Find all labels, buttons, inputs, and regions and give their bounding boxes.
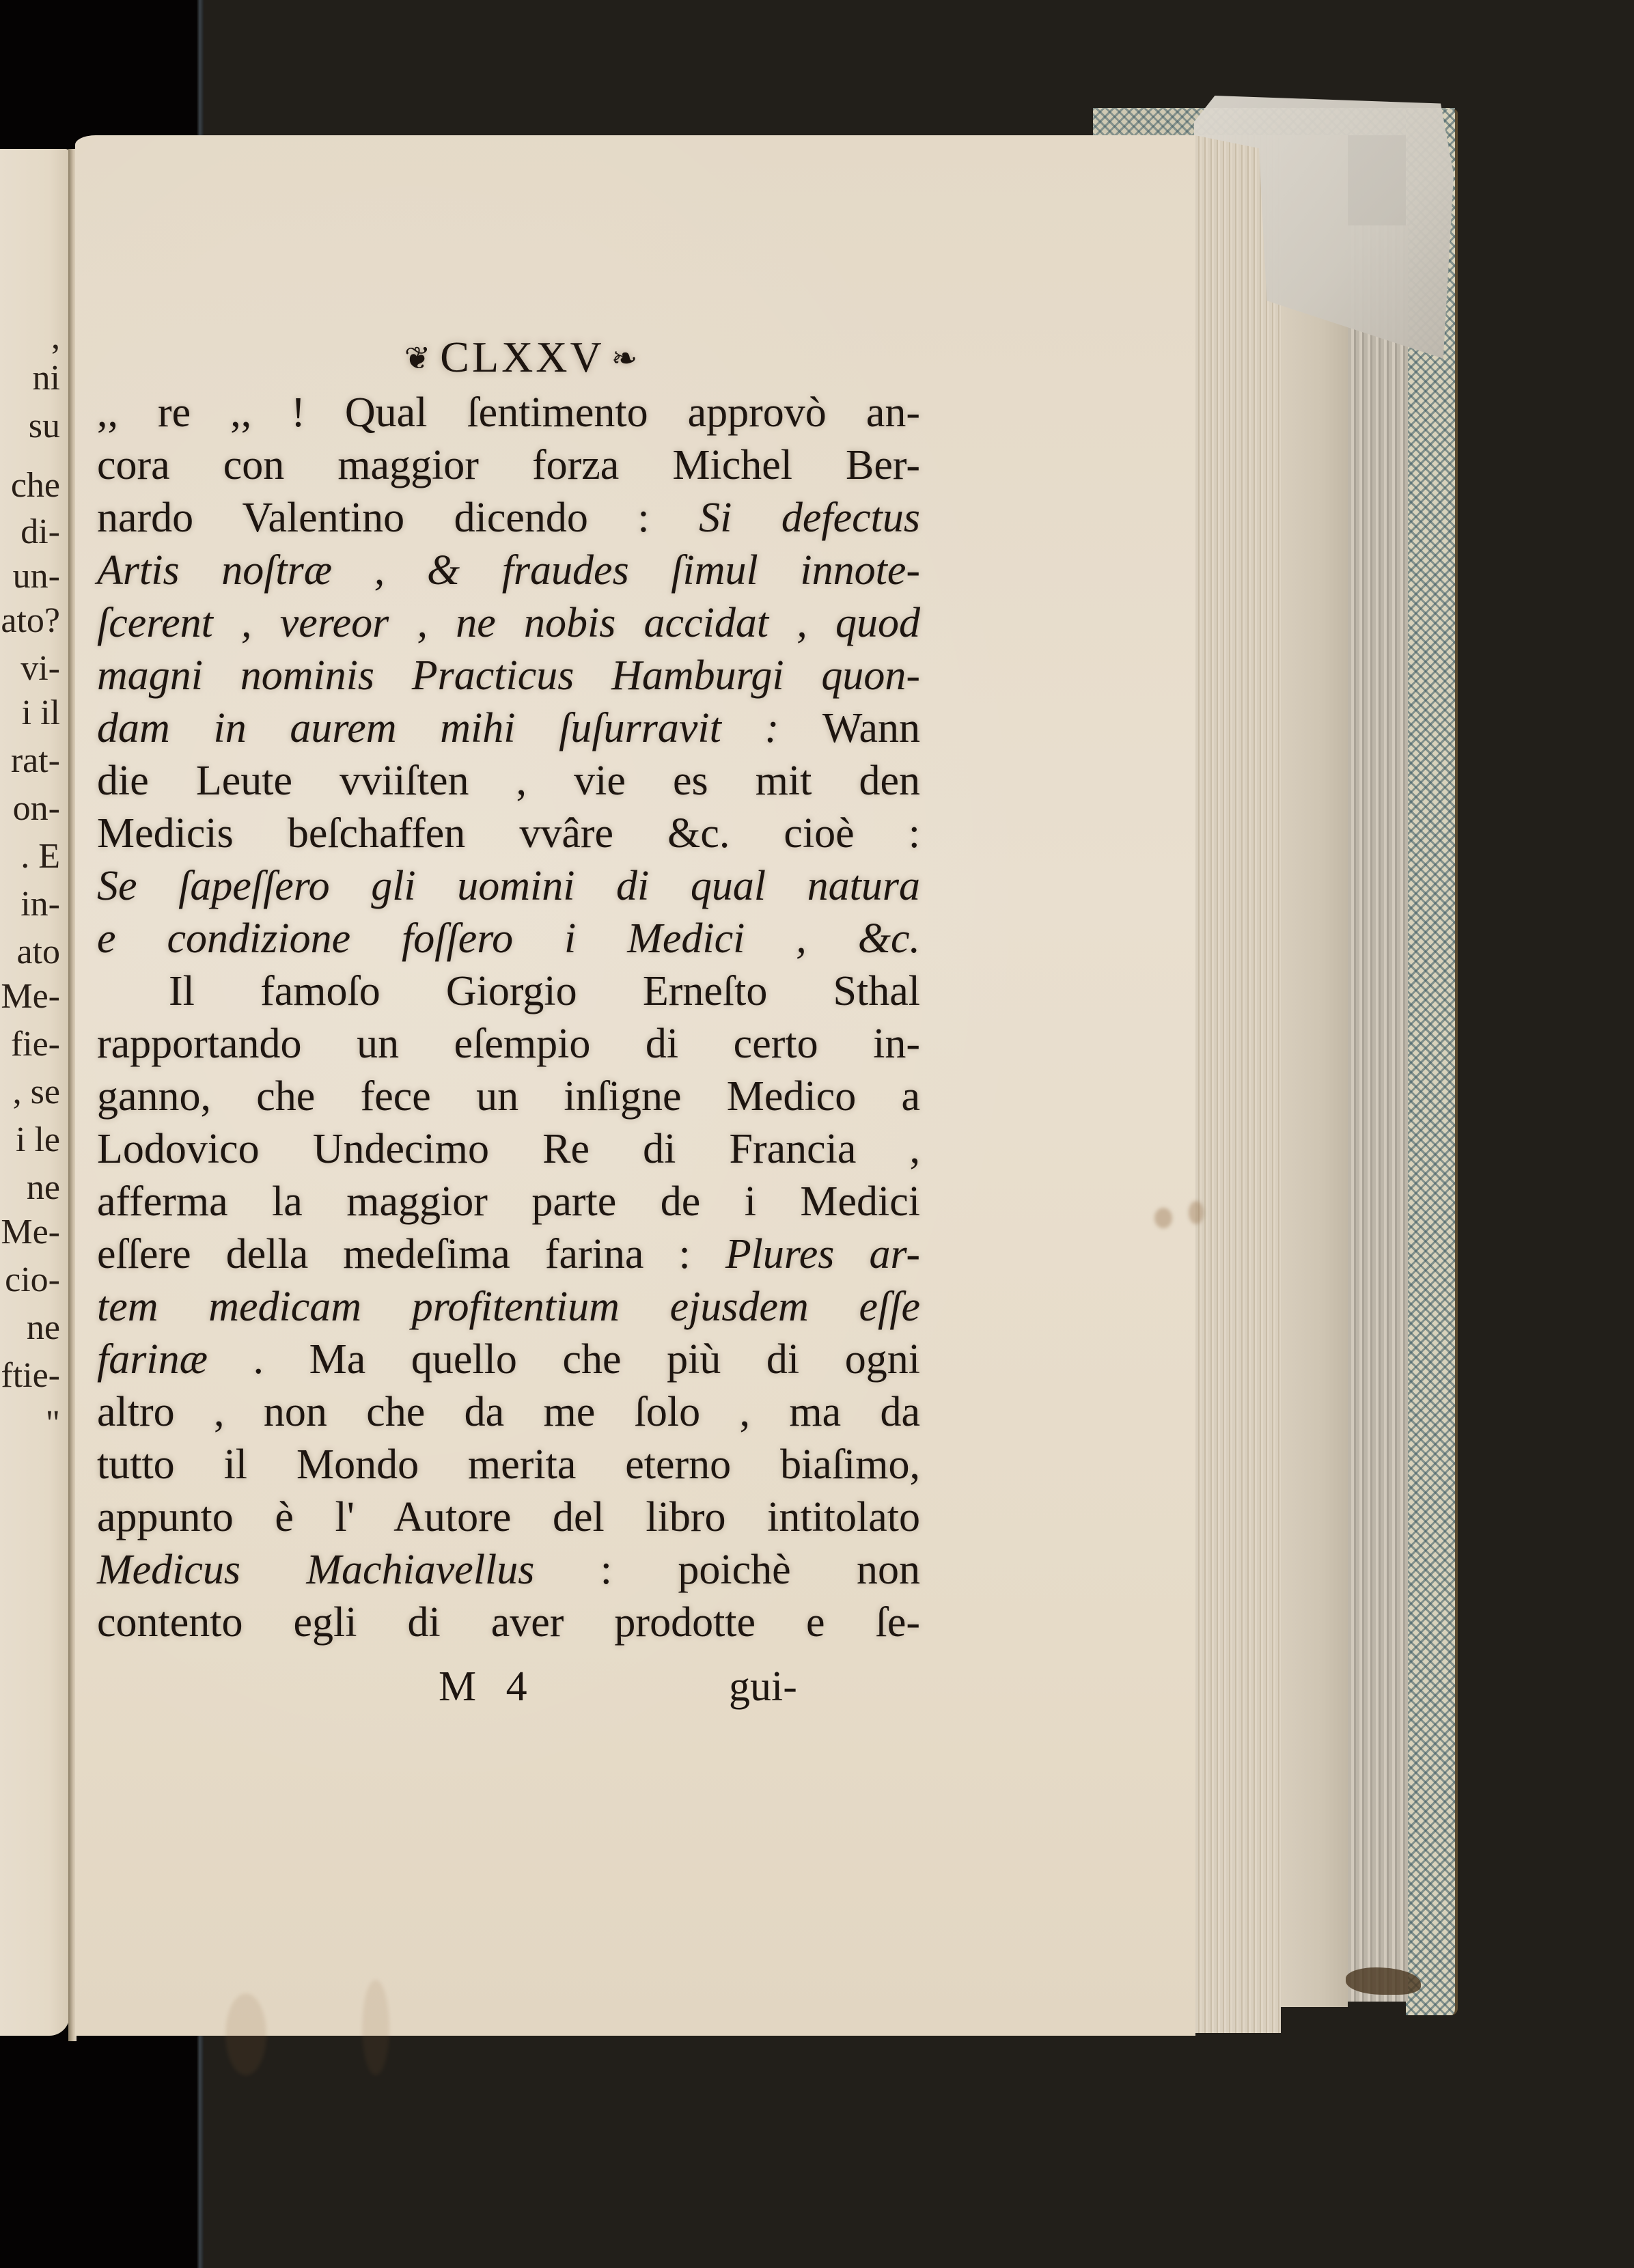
page-edge-stack-front (1195, 135, 1281, 2033)
italic-text-segment: Plures ar- (725, 1231, 920, 1277)
italic-text-segment: tem medicam profitentium ejusdem eſſe (97, 1284, 920, 1330)
page-text-block: ❦CLXXV❧ ,, re ,, ! Qual ſentimento appro… (97, 328, 920, 1717)
left-page-text-fragments: ,nisuchedi-un-ato?vi-i ilrat-on-. Ein-at… (0, 149, 66, 2036)
foxing-spot (1189, 1201, 1204, 1224)
text-line: ganno, che fece un inſigne Medico a (97, 1070, 920, 1123)
left-page-fragment: Me- (1, 1215, 60, 1250)
italic-text-segment: Medicus Machiavellus (97, 1547, 534, 1593)
left-page-fragment: che (11, 468, 60, 503)
text-line: ,, re ,, ! Qual ſentimento approvò an- (97, 387, 920, 439)
text-line: eſſere della medeſima farina : Plures ar… (97, 1228, 920, 1281)
left-page-fragment: vi- (20, 651, 60, 687)
left-page-fragment: i le (16, 1122, 60, 1158)
italic-text-segment: farinæ (97, 1336, 208, 1383)
left-page-fragment: Me- (1, 979, 60, 1014)
text-line: Artis noſtræ , & fraudes ſimul innote- (97, 544, 920, 597)
left-page-fragment: ne (27, 1310, 60, 1346)
fleuron-left-icon: ❦ (404, 329, 434, 388)
left-page-fragment: un- (13, 559, 60, 594)
page-edge-paper (1281, 135, 1348, 2007)
page-edge-stack-back (1348, 225, 1408, 2002)
italic-text-segment: magni nominis Practicus Hamburgi quon- (97, 652, 920, 699)
body-text: ,, re ,, ! Qual ſentimento approvò an-co… (97, 387, 920, 1649)
italic-text-segment: Se ſapeſſero gli uomini di qual natura (97, 863, 920, 909)
italic-text-segment: dam in aurem mihi ſuſurravit : (97, 705, 822, 751)
left-page-fragment: in- (20, 887, 60, 922)
text-segment: Lodovico Undecimo Re di Francia , (97, 1126, 920, 1172)
text-segment: contento egli di aver prodotte e ſe- (97, 1599, 920, 1646)
text-segment: appunto è l' Autore del libro intitolato (97, 1494, 920, 1540)
text-line: e condizione foſſero i Medici , &c. (97, 913, 920, 965)
left-page-fragment: ni (33, 361, 60, 396)
text-line: afferma la maggior parte de i Medici (97, 1176, 920, 1228)
left-page-fragment: cio- (5, 1262, 60, 1298)
text-line: appunto è l' Autore del libro intitolato (97, 1491, 920, 1544)
left-page-fragment: ato? (1, 603, 60, 639)
left-page-fragment: , se (13, 1075, 60, 1110)
text-line: ſcerent , vereor , ne nobis accidat , qu… (97, 597, 920, 650)
text-segment: die Leute vviiſten , vie es mit den (97, 758, 920, 804)
text-line: contento egli di aver prodotte e ſe- (97, 1596, 920, 1649)
text-line: nardo Valentino dicendo : Si defectus (97, 492, 920, 544)
left-page-fragment: ftie- (1, 1358, 60, 1394)
italic-text-segment: Artis noſtræ , & fraudes ſimul innote- (97, 547, 920, 594)
text-line: magni nominis Practicus Hamburgi quon- (97, 650, 920, 702)
foxing-spot (1154, 1208, 1172, 1228)
left-page-fragment: ato (16, 935, 60, 970)
left-page-fragment: , (51, 320, 60, 355)
marbled-cover-edge (1406, 109, 1458, 2015)
text-segment: Wann (822, 705, 920, 751)
text-segment: Medicis beſchaffen vvâre &c. cioè : (97, 810, 920, 857)
text-line: Medicis beſchaffen vvâre &c. cioè : (97, 807, 920, 860)
text-line: cora con maggior forza Michel Ber- (97, 439, 920, 492)
italic-text-segment: Si defectus (699, 495, 920, 541)
text-line: altro , non che da me ſolo , ma da (97, 1386, 920, 1439)
left-page-fragment: ne (27, 1170, 60, 1206)
fleuron-right-icon: ❧ (611, 329, 641, 388)
left-page-fragment: i il (22, 695, 60, 731)
left-page-fragment: . E (20, 839, 60, 874)
text-segment: afferma la maggior parte de i Medici (97, 1178, 920, 1225)
text-segment: ganno, che fece un inſigne Medico a (97, 1073, 920, 1120)
text-line: Se ſapeſſero gli uomini di qual natura (97, 860, 920, 913)
text-line: dam in aurem mihi ſuſurravit : Wann (97, 702, 920, 755)
page-number-roman: CLXXV (440, 333, 604, 381)
text-line: die Leute vviiſten , vie es mit den (97, 755, 920, 807)
text-line: Medicus Machiavellus : poichè non (97, 1544, 920, 1596)
italic-text-segment: ſcerent , vereor , ne nobis accidat , qu… (97, 600, 920, 646)
text-line: Il famoſo Giorgio Erneſto Sthal (97, 965, 920, 1018)
italic-text-segment: e condizione foſſero i Medici , &c. (97, 915, 920, 962)
direction-line: M 4 gui- (97, 1656, 920, 1717)
text-segment: rapportando un eſempio di certo in- (97, 1021, 920, 1067)
left-page-fragment: on- (13, 791, 60, 827)
text-line: rapportando un eſempio di certo in- (97, 1018, 920, 1070)
left-page-fragment: fie- (11, 1027, 60, 1062)
left-page: ,nisuchedi-un-ato?vi-i ilrat-on-. Ein-at… (0, 149, 70, 2036)
left-page-fragment: di- (20, 514, 60, 550)
text-line: Lodovico Undecimo Re di Francia , (97, 1123, 920, 1176)
text-segment: eſſere della medeſima farina : (97, 1231, 725, 1277)
signature-mark: M 4 (439, 1656, 537, 1717)
left-page-fragment: su (29, 409, 60, 444)
foxing-spot (362, 1980, 389, 2075)
left-page-fragment: rat- (11, 743, 60, 779)
text-line: farinæ . Ma quello che più di ogni (97, 1333, 920, 1386)
running-head: ❦CLXXV❧ (97, 328, 920, 387)
text-segment: ,, re ,, ! Qual ſentimento approvò an- (97, 389, 920, 436)
text-line: tutto il Mondo merita eterno biaſimo, (97, 1439, 920, 1491)
text-segment: nardo Valentino dicendo : (97, 495, 699, 541)
text-segment: . Ma quello che più di ogni (208, 1336, 920, 1383)
foxing-spot (225, 1993, 266, 2075)
text-segment: tutto il Mondo merita eterno biaſimo, (97, 1441, 920, 1488)
text-segment: cora con maggior forza Michel Ber- (97, 442, 920, 488)
left-page-fragment: " (46, 1406, 60, 1441)
catchword: gui- (729, 1656, 797, 1717)
text-segment: altro , non che da me ſolo , ma da (97, 1389, 920, 1435)
text-segment: : poichè non (534, 1547, 920, 1593)
text-segment: Il famoſo Giorgio Erneſto Sthal (169, 968, 920, 1014)
text-line: tem medicam profitentium ejusdem eſſe (97, 1281, 920, 1333)
